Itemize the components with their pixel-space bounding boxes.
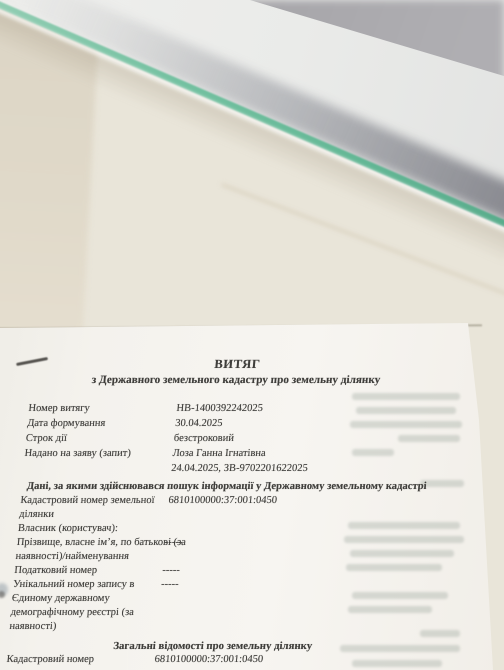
search-section-heading: Дані, за якими здійснювався пошук інформ… — [21, 480, 432, 494]
row-owner-user: Власник (користувач): — [17, 522, 428, 536]
field-value: НВ-1400392242025 — [176, 401, 264, 416]
field-value: безстроковий — [173, 431, 234, 446]
field-value: Лоза Ганна Ігнатівна 24.04.2025, ЗВ-9702… — [171, 446, 310, 476]
field-value: ----- — [164, 536, 183, 550]
request-date-number: 24.04.2025, ЗВ-9702201622025 — [171, 461, 309, 476]
row-cadastral-number: Кадастровий номер земельної ділянки 6810… — [19, 494, 431, 522]
field-label: Кадастровий номер земельної ділянки — [19, 494, 169, 522]
search-section-rows: Кадастровий номер земельної ділянки 6810… — [9, 494, 431, 634]
document-title: ВИТЯГ — [32, 357, 443, 371]
field-label: Власник (користувач): — [17, 522, 166, 536]
row-tax-number: Податковий номер ----- — [14, 564, 425, 578]
requester-name: Лоза Ганна Ігнатівна — [172, 446, 310, 461]
photo-scene: ВИТЯГ з Державного земельного кадастру п… — [0, 0, 504, 670]
field-label: Номер витягу — [28, 401, 177, 416]
field-label: Надано на заяву (запит) — [24, 446, 173, 461]
general-section-rows: Кадастровий номер 6810100000:37:001:0450 — [6, 653, 417, 667]
field-issued-on-request: Надано на заяву (запит) Лоза Ганна Ігнат… — [23, 446, 436, 476]
extract-fields: Номер витягу НВ-1400392242025 Дата форму… — [23, 401, 440, 476]
document-subtitle: з Державного земельного кадастру про зем… — [30, 373, 441, 387]
field-label: Строк дії — [25, 431, 174, 446]
field-value: 6810100000:37:001:0450 — [154, 653, 264, 667]
field-validity-term: Строк дії безстроковий — [25, 431, 436, 446]
field-label: Податковий номер — [14, 564, 163, 578]
field-label: Дата формування — [27, 416, 176, 431]
document-content: ВИТЯГ з Державного земельного кадастру п… — [0, 323, 446, 667]
field-label: Кадастровий номер — [6, 653, 155, 667]
field-formation-date: Дата формування 30.04.2025 — [27, 416, 438, 431]
field-label: Прізвище, власне ім’я, по батькові (за н… — [15, 536, 187, 564]
row-unique-registry-record: Унікальний номер запису в Єдиному держав… — [9, 578, 424, 634]
field-extract-number: Номер витягу НВ-1400392242025 — [28, 401, 439, 416]
general-section-heading: Загальні відомості про земельну ділянку — [7, 639, 418, 653]
field-label: Унікальний номер запису в Єдиному держав… — [9, 578, 148, 634]
field-value: 6810100000:37:001:0450 — [168, 494, 278, 508]
row-full-name: Прізвище, власне ім’я, по батькові (за н… — [15, 536, 427, 564]
field-value: 30.04.2025 — [175, 416, 224, 431]
field-value: ----- — [160, 578, 179, 592]
row-cadastral-number-general: Кадастровий номер 6810100000:37:001:0450 — [6, 653, 417, 667]
field-value: ----- — [162, 564, 181, 578]
